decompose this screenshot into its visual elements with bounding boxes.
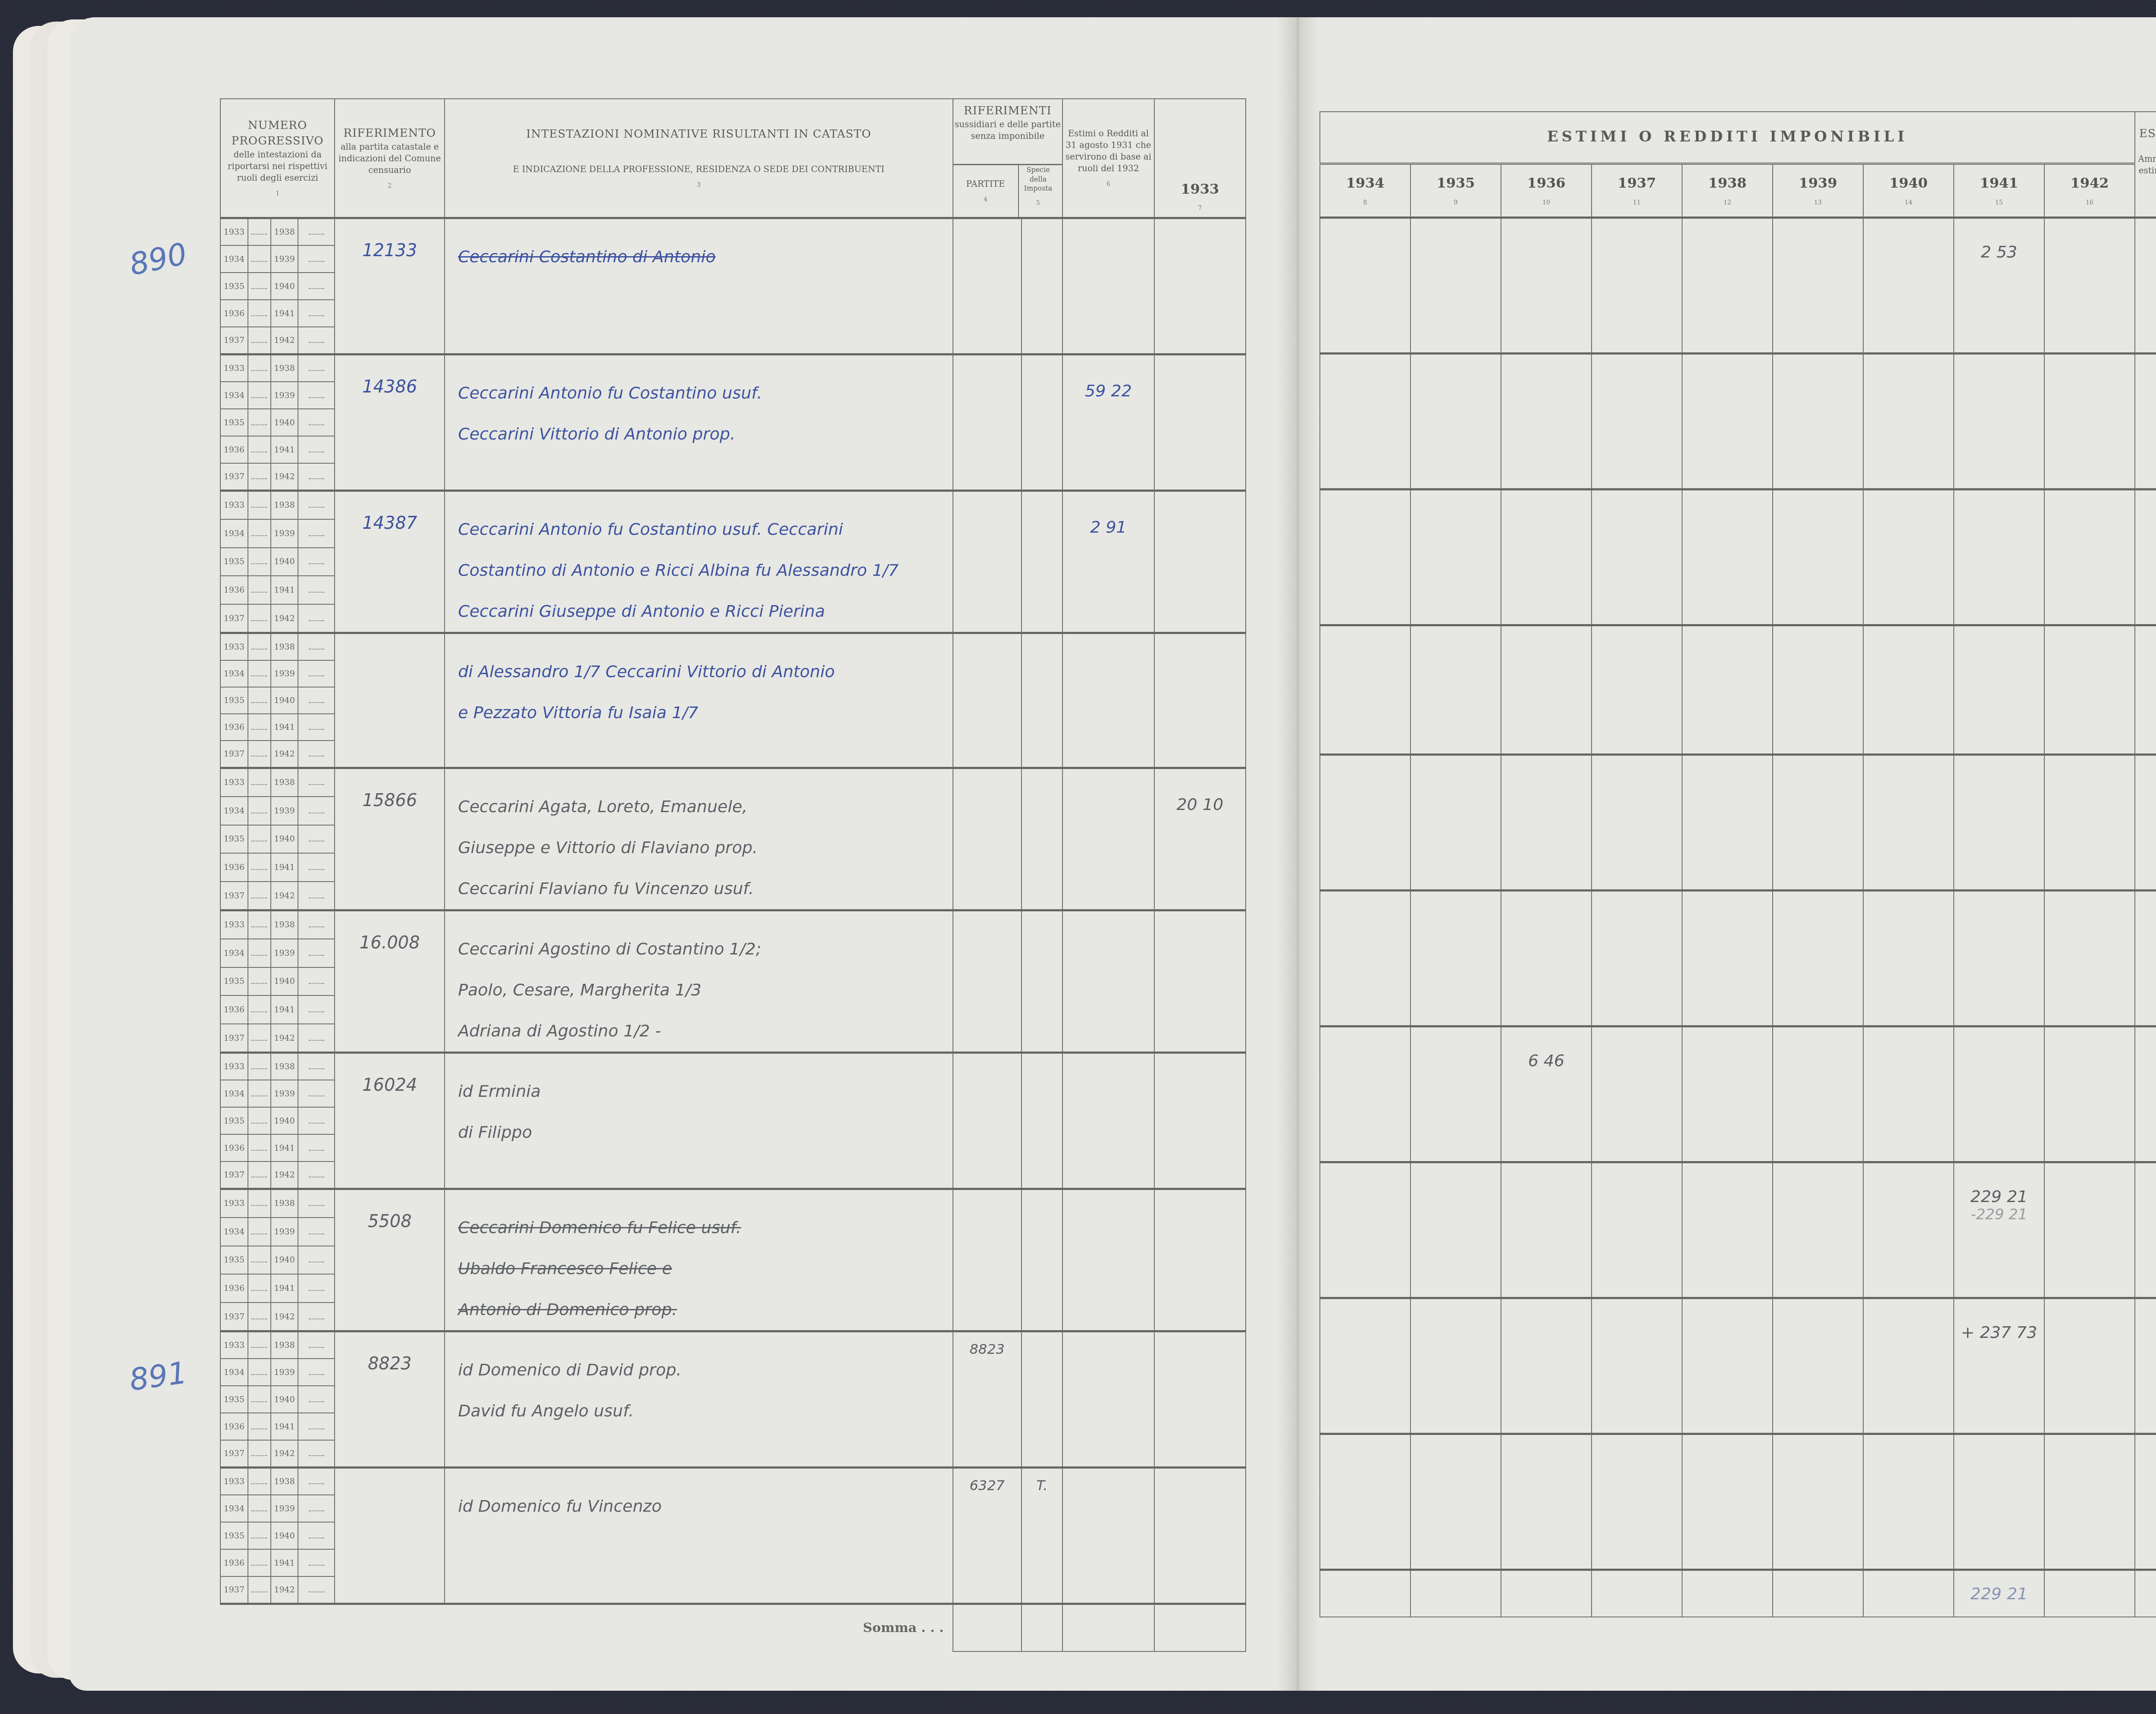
year-1936-cell — [1501, 1298, 1592, 1434]
year-label: 1941 — [1954, 174, 2044, 192]
table-row: 1933 1938 14387 Ceccarini Antonio fu Cos… — [220, 491, 1246, 519]
header-year-1933: 1933 7 — [1154, 99, 1246, 218]
year-blank — [248, 218, 271, 246]
year-blank — [248, 910, 271, 939]
somma-cell — [1062, 1604, 1154, 1651]
year-label: 1935 — [220, 548, 248, 576]
partita-reference: 16024 — [335, 1053, 445, 1189]
year-label: 1939 — [271, 797, 298, 825]
table-row: 6 46 — [1320, 1026, 2156, 1053]
partita-reference: 15866 — [335, 768, 445, 910]
table-row: 229 21-229 21 — [1320, 1162, 2156, 1189]
year-1937-cell — [1592, 1026, 1682, 1162]
somma-cell — [1320, 1570, 1410, 1617]
partite-cell — [953, 355, 1022, 491]
year-1934-cell — [1320, 1162, 1410, 1298]
year-blank — [298, 939, 335, 967]
year-1941-cell — [1954, 890, 2044, 1026]
year-label: 1937 — [220, 1024, 248, 1052]
year-blank — [248, 327, 271, 355]
year-1941-cell — [1954, 353, 2044, 489]
year-1940-cell — [1863, 217, 1954, 353]
year-blank — [248, 1386, 271, 1413]
year-1934-cell — [1320, 353, 1410, 489]
somma-cell — [1410, 1570, 1501, 1617]
year-blank — [248, 687, 271, 714]
header-estimi-imponibili: ESTIMI O REDDITI IMPONIBILI — [1320, 112, 2135, 163]
intestazione-cell: Ceccarini Antonio fu Costantino usuf.Cec… — [445, 355, 953, 491]
year-blank — [248, 1053, 271, 1080]
year-label: 1936 — [220, 576, 248, 604]
estimi-1931-cell — [1062, 1331, 1154, 1468]
year-1933-cell — [1154, 1053, 1246, 1189]
ledger-right-table: ESTIMI O REDDITI IMPONIBILI ESENZIONI — … — [1319, 111, 2156, 1617]
year-blank — [298, 1107, 335, 1134]
year-1934-cell — [1320, 489, 1410, 625]
intestazione-cell: Ceccarini Agata, Loreto, Emanuele,Giusep… — [445, 768, 953, 910]
year-label: 1938 — [271, 1189, 298, 1218]
year-1939-cell — [1773, 1026, 1863, 1162]
header-year-1941: 1941 15 — [1954, 163, 2044, 217]
year-label: 1936 — [220, 995, 248, 1024]
year-1936-cell — [1501, 1162, 1592, 1298]
col-number: 9 — [1411, 199, 1501, 207]
year-label: 1934 — [220, 382, 248, 409]
intestazione-cell: id Domenico fu Vincenzo — [445, 1468, 953, 1604]
year-blank — [248, 491, 271, 519]
year-blank — [248, 576, 271, 604]
year-1939-cell — [1773, 754, 1863, 890]
year-blank — [298, 1331, 335, 1359]
year-label: 1935 — [220, 1522, 248, 1549]
year-blank — [298, 1386, 335, 1413]
year-label: 1934 — [220, 1359, 248, 1386]
table-row: 2 53 — [1320, 217, 2156, 245]
partite-cell — [953, 218, 1022, 355]
specie-imposta-cell — [1022, 218, 1063, 355]
year-1937-cell — [1592, 489, 1682, 625]
year-1936-cell: 6 46 — [1501, 1026, 1592, 1162]
year-1942-cell — [2044, 217, 2135, 353]
year-value: 6 46 — [1501, 1051, 1591, 1070]
year-blank — [248, 1189, 271, 1218]
year-1935-cell — [1410, 1298, 1501, 1434]
year-value: 2 53 — [1954, 242, 2044, 261]
year-blank — [248, 853, 271, 882]
year-1935-cell — [1410, 625, 1501, 754]
year-label: 1939 — [271, 1495, 298, 1522]
year-1939-cell — [1773, 489, 1863, 625]
year-label: 1937 — [220, 463, 248, 491]
intestazione-line: e Pezzato Vittoria fu Isaia 1/7 — [458, 692, 943, 733]
year-label: 1936 — [220, 1274, 248, 1303]
year-1937-cell — [1592, 217, 1682, 353]
year-1937-cell — [1592, 1162, 1682, 1298]
year-blank — [298, 519, 335, 548]
year-1933-cell: 20 10 — [1154, 768, 1246, 910]
year-blank — [248, 1549, 271, 1576]
year-label: 1938 — [271, 355, 298, 382]
header-intestazioni: INTESTAZIONI NOMINATIVE RISULTANTI IN CA… — [445, 99, 953, 218]
col2-number: 2 — [335, 182, 444, 190]
year-blank — [298, 1359, 335, 1386]
year-blank — [298, 797, 335, 825]
year-1940-cell — [1863, 1298, 1954, 1434]
year-blank — [248, 1331, 271, 1359]
year-label: 1941 — [271, 1274, 298, 1303]
year-1941-cell: 2 53 — [1954, 217, 2044, 353]
year-1942-cell — [2044, 1434, 2135, 1570]
year-1941-cell — [1954, 625, 2044, 754]
estimi-1931-cell — [1062, 768, 1154, 910]
year-label: 1936 — [220, 1134, 248, 1162]
year-1937-cell — [1592, 625, 1682, 754]
year-blank — [298, 548, 335, 576]
year-blank — [298, 218, 335, 246]
year-1936-cell — [1501, 353, 1592, 489]
year-blank — [248, 1359, 271, 1386]
year-label: 1934 — [1320, 174, 1410, 192]
col17-number: 17 — [2135, 194, 2156, 202]
table-row — [1320, 625, 2156, 651]
year-blank — [248, 1080, 271, 1107]
year-label: 1940 — [271, 1386, 298, 1413]
year-label: 1941 — [271, 300, 298, 327]
partite-cell — [953, 910, 1022, 1053]
partite-cell — [953, 491, 1022, 633]
year-label: 1940 — [271, 967, 298, 996]
year-label: 1938 — [271, 1053, 298, 1080]
year-blank — [248, 768, 271, 797]
table-row — [1320, 489, 2156, 516]
year-label: 1938 — [271, 1468, 298, 1495]
year-label: 1942 — [2045, 174, 2134, 192]
somma-cell — [1773, 1570, 1863, 1617]
partita-reference: 5508 — [335, 1189, 445, 1331]
intestazione-line: Giuseppe e Vittorio di Flaviano prop. — [458, 827, 943, 868]
year-blank — [248, 1495, 271, 1522]
year-1941-cell — [1954, 1026, 2044, 1162]
year-1939-cell — [1773, 353, 1863, 489]
partita-reference: 14387 — [335, 491, 445, 633]
specie-imposta-cell — [1022, 768, 1063, 910]
year-label: 1937 — [220, 604, 248, 633]
year-1935-cell — [1410, 217, 1501, 353]
year-label: 1937 — [220, 882, 248, 910]
year-label: 1939 — [271, 519, 298, 548]
year-label: 1938 — [271, 218, 298, 246]
year-1942-cell — [2044, 754, 2135, 890]
header-year-1936: 1936 10 — [1501, 163, 1592, 217]
year-blank — [248, 273, 271, 300]
year-label: 1942 — [271, 327, 298, 355]
year-1936-cell — [1501, 489, 1592, 625]
partite-cell — [953, 1189, 1022, 1331]
year-label: 1934 — [220, 1218, 248, 1246]
header-year-1934: 1934 8 — [1320, 163, 1410, 217]
col1-subtitle: delle intestazioni da riportarsi nei ris… — [221, 149, 334, 184]
intestazione-line: id Erminia — [458, 1071, 943, 1112]
year-blank — [248, 1303, 271, 1331]
year-blank — [298, 1495, 335, 1522]
year-1940-cell — [1863, 353, 1954, 489]
intestazione-line: Ceccarini Antonio fu Costantino usuf. Ce… — [458, 509, 943, 550]
year-label: 1934 — [220, 519, 248, 548]
intestazione-cell: Ceccarini Costantino di Antonio — [445, 218, 953, 355]
year-blank — [248, 714, 271, 741]
year-label: 1934 — [220, 939, 248, 967]
year-label: 1937 — [220, 1576, 248, 1604]
somma-row: Somma . . . — [220, 1604, 1246, 1651]
year-label: 1939 — [271, 382, 298, 409]
intestazione-line: di Filippo — [458, 1112, 943, 1153]
table-row: 1933 1938 15866 Ceccarini Agata, Loreto,… — [220, 768, 1246, 797]
intestazione-line: Ceccarini Domenico fu Felice usuf. — [458, 1207, 943, 1248]
year-blank — [298, 245, 335, 273]
table-row — [1320, 890, 2156, 917]
partita-reference: 12133 — [335, 218, 445, 355]
year-label: 1940 — [1864, 174, 1953, 192]
year-1935-cell — [1410, 890, 1501, 1026]
year-1934-cell — [1320, 890, 1410, 1026]
col-number: 16 — [2045, 199, 2134, 207]
year-label: 1942 — [271, 1576, 298, 1604]
col4-number: 4 — [953, 196, 1018, 204]
intestazione-line: id Domenico fu Vincenzo — [458, 1486, 943, 1527]
col5-number: 5 — [1019, 199, 1058, 207]
year-blank — [248, 382, 271, 409]
year-label: 1939 — [271, 939, 298, 967]
year-label: 1938 — [271, 1331, 298, 1359]
year-label: 1942 — [271, 1024, 298, 1052]
year-1936-cell — [1501, 217, 1592, 353]
col45-subtitle: sussidiari e delle partite senza imponib… — [953, 119, 1062, 142]
year-1937-cell — [1592, 353, 1682, 489]
esenzioni-cell — [2135, 217, 2156, 353]
year-label: 1939 — [271, 1080, 298, 1107]
year-1933-cell — [1154, 355, 1246, 491]
year-label: 1941 — [271, 1549, 298, 1576]
year-label: 1934 — [220, 1495, 248, 1522]
year-label: 1937 — [220, 1162, 248, 1189]
somma-cell — [953, 1604, 1022, 1651]
specie-imposta-cell — [1022, 1189, 1063, 1331]
somma-cell — [1592, 1570, 1682, 1617]
year-blank — [298, 300, 335, 327]
year-blank — [248, 245, 271, 273]
year-label: 1933 — [220, 1331, 248, 1359]
year-blank — [298, 741, 335, 768]
year-1938-cell — [1682, 625, 1773, 754]
year-label: 1942 — [271, 1162, 298, 1189]
year-label: 1933 — [220, 218, 248, 246]
year-blank — [298, 967, 335, 996]
year-label: 1938 — [271, 910, 298, 939]
year-blank — [248, 825, 271, 854]
year-label: 1933 — [220, 768, 248, 797]
partita-reference: 14386 — [335, 355, 445, 491]
year-label: 1935 — [220, 1246, 248, 1275]
year-1941-cell — [1954, 1434, 2044, 1570]
year-1935-cell — [1410, 489, 1501, 625]
year-blank — [298, 853, 335, 882]
somma-label: Somma . . . — [863, 1620, 943, 1636]
col17-subtitle: Ammontare degli estimi o redditi e scade… — [2135, 153, 2156, 188]
year-1939-cell — [1773, 1434, 1863, 1570]
col6-number: 6 — [1063, 180, 1153, 188]
col-number: 14 — [1864, 199, 1953, 207]
year-blank — [298, 910, 335, 939]
year-label: 1936 — [1501, 174, 1591, 192]
year-1935-cell — [1410, 353, 1501, 489]
year-1938-cell — [1682, 890, 1773, 1026]
year-label: 1937 — [220, 1440, 248, 1468]
year-label: 1937 — [220, 741, 248, 768]
year-label: 1934 — [220, 797, 248, 825]
col2-title: RIFERIMENTO — [335, 126, 444, 141]
estimi-1931-cell — [1062, 218, 1154, 355]
estimi-1931-cell — [1062, 1053, 1154, 1189]
year-blank — [298, 633, 335, 661]
book-gutter — [1276, 17, 1319, 1691]
year-label: 1936 — [220, 436, 248, 463]
estimi-1931-cell — [1062, 910, 1154, 1053]
year-blank — [248, 1413, 271, 1440]
header-year-1935: 1935 9 — [1410, 163, 1501, 217]
year-label: 1941 — [271, 714, 298, 741]
header-year-1938: 1938 12 — [1682, 163, 1773, 217]
year-blank — [248, 1107, 271, 1134]
year-label: 1939 — [271, 1218, 298, 1246]
col3-subtitle: E INDICAZIONE DELLA PROFESSIONE, RESIDEN… — [445, 163, 952, 175]
year-blank — [298, 1413, 335, 1440]
year-1936-cell — [1501, 754, 1592, 890]
year-blank — [298, 604, 335, 633]
year-blank — [248, 967, 271, 996]
year-blank — [298, 714, 335, 741]
year-1939-cell — [1773, 1162, 1863, 1298]
year-1940-cell — [1863, 890, 1954, 1026]
year-1934-cell — [1320, 754, 1410, 890]
year-1940-cell — [1863, 1434, 1954, 1570]
header-numero-progressivo: NUMERO PROGRESSIVO delle intestazioni da… — [220, 99, 335, 218]
col-number: 15 — [1954, 199, 2044, 207]
year-1942-cell — [2044, 489, 2135, 625]
year-label: 1935 — [220, 967, 248, 996]
partita-reference: 16.008 — [335, 910, 445, 1053]
year-label: 1940 — [271, 1522, 298, 1549]
year-1942-cell — [2044, 353, 2135, 489]
col2-subtitle: alla partita catastale e indicazioni del… — [335, 141, 444, 176]
partite-cell — [953, 1053, 1022, 1189]
esenzioni-cell — [2135, 1434, 2156, 1570]
year-blank — [248, 463, 271, 491]
somma-row: 229 21 — [1320, 1570, 2156, 1617]
year-label: 1940 — [271, 1246, 298, 1275]
year-1937-cell — [1592, 1298, 1682, 1434]
year-blank — [298, 273, 335, 300]
year-blank — [248, 882, 271, 910]
year-blank — [248, 797, 271, 825]
year-blank — [298, 1522, 335, 1549]
year-blank — [248, 1274, 271, 1303]
year-label: 1939 — [271, 1359, 298, 1386]
esenzioni-cell — [2135, 1298, 2156, 1434]
year-blank — [298, 660, 335, 687]
col17-title: ESENZIONI — [2135, 126, 2156, 141]
year-label: 1937 — [220, 327, 248, 355]
year-blank — [298, 825, 335, 854]
col7-number: 7 — [1155, 204, 1245, 213]
estimi-1931-cell: 2 91 — [1062, 491, 1154, 633]
intestazione-cell: Ceccarini Agostino di Costantino 1/2;Pao… — [445, 910, 953, 1053]
year-label: 1935 — [1411, 174, 1501, 192]
estimi-1931-cell — [1062, 633, 1154, 768]
year-1933-cell — [1154, 1189, 1246, 1331]
year-label: 1937 — [220, 1303, 248, 1331]
year-label: 1933 — [220, 1053, 248, 1080]
year-label: 1942 — [271, 1440, 298, 1468]
year-label: 1933 — [220, 355, 248, 382]
intestazione-cell: Ceccarini Antonio fu Costantino usuf. Ce… — [445, 491, 953, 633]
year-label: 1936 — [220, 853, 248, 882]
intestazione-cell: id Erminiadi Filippo — [445, 1053, 953, 1189]
year-blank — [248, 1024, 271, 1052]
intestazione-line: David fu Angelo usuf. — [458, 1391, 943, 1431]
year-label: 1938 — [1683, 174, 1772, 192]
year-1938-cell — [1682, 1434, 1773, 1570]
esenzioni-cell — [2135, 353, 2156, 489]
specie-imposta-cell — [1022, 910, 1063, 1053]
somma-cell — [1501, 1570, 1592, 1617]
year-label: 1939 — [271, 245, 298, 273]
year-label: 1941 — [271, 576, 298, 604]
year-blank — [248, 1218, 271, 1246]
year-label: 1935 — [220, 1107, 248, 1134]
year-1942-cell — [2044, 1298, 2135, 1434]
table-row: 1933 1938 di Alessandro 1/7 Ceccarini Vi… — [220, 633, 1246, 661]
year-blank — [248, 633, 271, 661]
year-label: 1933 — [220, 491, 248, 519]
year-1934-cell — [1320, 1026, 1410, 1162]
table-row: 1933 1938 16024 id Erminiadi Filippo — [220, 1053, 1246, 1080]
intestazione-line: Ceccarini Flaviano fu Vincenzo usuf. — [458, 868, 943, 909]
somma-cell — [1154, 1604, 1246, 1651]
year-1938-cell — [1682, 1026, 1773, 1162]
year-1933-cell — [1154, 633, 1246, 768]
table-row: 1933 1938 14386 Ceccarini Antonio fu Cos… — [220, 355, 1246, 382]
table-row — [1320, 754, 2156, 782]
year-blank — [298, 1549, 335, 1576]
year-1933-cell — [1154, 491, 1246, 633]
intestazione-line: Ceccarini Antonio fu Costantino usuf. — [458, 373, 943, 414]
year-blank — [248, 1522, 271, 1549]
year-blank — [298, 1162, 335, 1189]
intestazione-line: Paolo, Cesare, Margherita 1/3 — [458, 970, 943, 1011]
estimi-title: ESTIMI O REDDITI IMPONIBILI — [1320, 127, 2134, 147]
year-label: 1940 — [271, 409, 298, 436]
estimi-1931-cell: 59 22 — [1062, 355, 1154, 491]
somma-cell — [2044, 1570, 2135, 1617]
year-blank — [298, 1053, 335, 1080]
year-blank — [298, 882, 335, 910]
year-blank — [298, 1468, 335, 1495]
col-number: 11 — [1592, 199, 1682, 207]
year-label: 1935 — [220, 687, 248, 714]
year-1937-cell — [1592, 1434, 1682, 1570]
year-label: 1936 — [220, 1413, 248, 1440]
year-1940-cell — [1863, 754, 1954, 890]
